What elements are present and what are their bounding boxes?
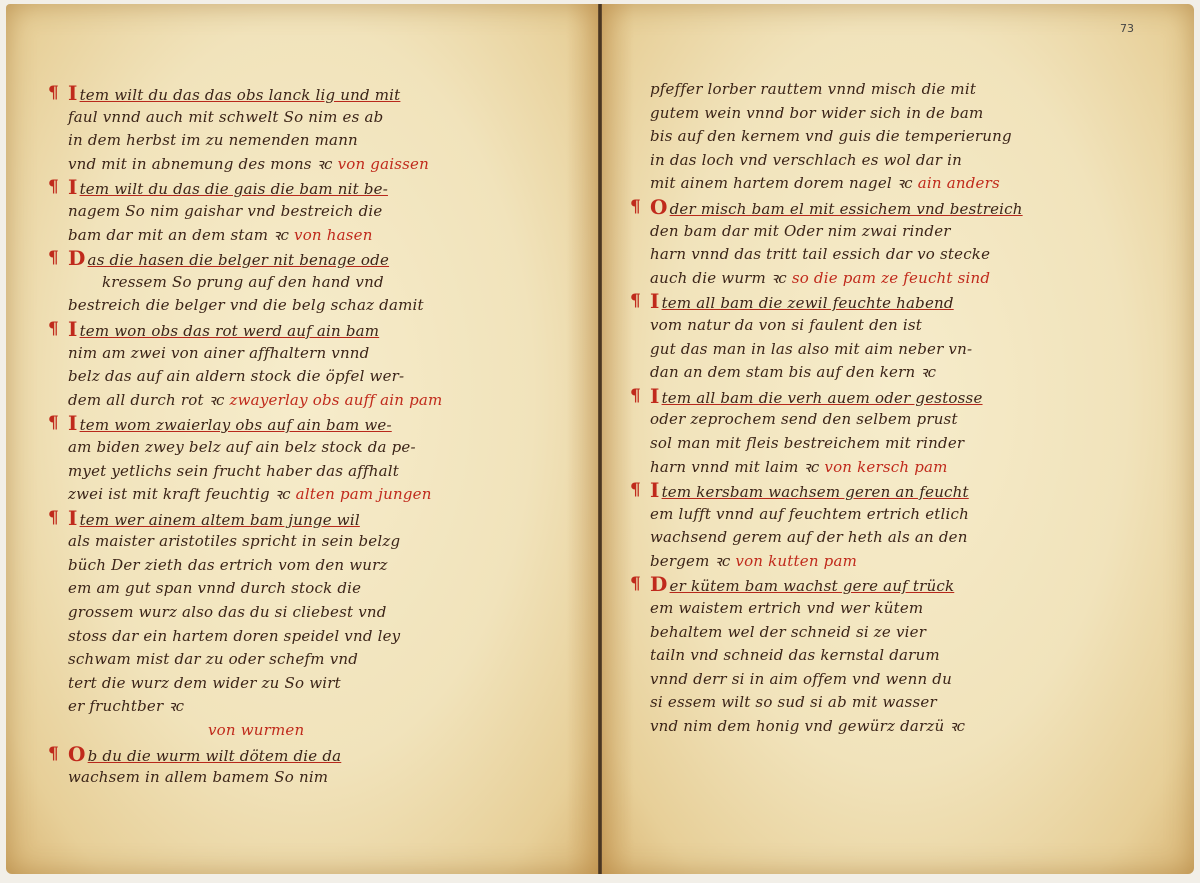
manuscript-line: ¶Item wom zwaierlay obs auf ain bam we- [68, 412, 578, 436]
manuscript-line: nagem So nim gaishar vnd bestreich die [68, 200, 578, 224]
manuscript-line: oder zeprochem send den selbem prust [650, 408, 1150, 432]
manuscript-line: am biden zwey belz auf ain belz stock da… [68, 436, 578, 460]
rubricated-initial: I [68, 411, 78, 435]
manuscript-line: schwam mist dar zu oder schefm vnd [68, 648, 578, 672]
book-gutter [598, 4, 602, 874]
line-text: vnd nim dem honig vnd gewürz darzü ꝛc [650, 717, 965, 735]
line-text: harn vnnd mit laim ꝛc [650, 458, 819, 476]
manuscript-line: tailn vnd schneid das kernstal darum [650, 644, 1150, 668]
rubricated-initial: D [68, 246, 86, 270]
line-text: tem all bam die zewil feuchte habend [662, 294, 954, 312]
rubricated-initial: I [68, 506, 78, 530]
line-text: wachsem in allem bamem So nim [68, 768, 328, 786]
rubricated-initial: O [68, 742, 86, 766]
manuscript-line: vom natur da von si faulent den ist [650, 314, 1150, 338]
rubric-heading: von kersch pam [824, 458, 947, 476]
line-text: nagem So nim gaishar vnd bestreich die [68, 202, 382, 220]
manuscript-line: belz das auf ain aldern stock die öpfel … [68, 365, 578, 389]
rubric-heading: so die pam ze feucht sind [792, 269, 990, 287]
manuscript-line: gutem wein vnnd bor wider sich in de bam [650, 102, 1150, 126]
manuscript-line: em waistem ertrich vnd wer kütem [650, 597, 1150, 621]
manuscript-line: grossem wurz also das du si cliebest vnd [68, 601, 578, 625]
line-text: vnd mit in abnemung des mons ꝛc [68, 155, 333, 173]
manuscript-line: ¶Ob du die wurm wilt dötem die da [68, 743, 578, 767]
pilcrow-mark: ¶ [48, 82, 59, 106]
line-text: bam dar mit an dem stam ꝛc [68, 226, 289, 244]
line-text: em lufft vnnd auf feuchtem ertrich etlic… [650, 505, 969, 523]
manuscript-line: ¶Item kersbam wachsem geren an feucht [650, 479, 1150, 503]
manuscript-line: in das loch vnd verschlach es wol dar in [650, 149, 1150, 173]
line-text: in das loch vnd verschlach es wol dar in [650, 151, 962, 169]
line-text: faul vnnd auch mit schwelt So nim es ab [68, 108, 383, 126]
manuscript-line: vnnd derr si in aim offem vnd wenn du [650, 668, 1150, 692]
rubricated-initial: I [650, 289, 660, 313]
line-text: in dem herbst im zu nemenden mann [68, 131, 358, 149]
line-text: büch Der zieth das ertrich vom den wurz [68, 556, 388, 574]
manuscript-line: stoss dar ein hartem doren speidel vnd l… [68, 625, 578, 649]
manuscript-line: wachsend gerem auf der heth als an den [650, 526, 1150, 550]
rubric-heading: alten pam jungen [296, 485, 432, 503]
line-text: wachsend gerem auf der heth als an den [650, 528, 968, 546]
rubricated-initial: O [650, 195, 668, 219]
line-text: vom natur da von si faulent den ist [650, 316, 922, 334]
rubricated-initial: I [650, 384, 660, 408]
line-text: gut das man in las also mit aim neber vn… [650, 340, 972, 358]
manuscript-line: gut das man in las also mit aim neber vn… [650, 338, 1150, 362]
line-text: am biden zwey belz auf ain belz stock da… [68, 438, 416, 456]
manuscript-line: harn vnnd mit laim ꝛc von kersch pam [650, 456, 1150, 480]
line-text: tem kersbam wachsem geren an feucht [662, 483, 969, 501]
manuscript-line: bestreich die belger vnd die belg schaz … [68, 294, 578, 318]
manuscript-line: ¶Item wer ainem altem bam junge wil [68, 507, 578, 531]
rubricated-initial: I [68, 175, 78, 199]
rubricated-initial: I [68, 81, 78, 105]
right-page: 73 pfeffer lorber rauttem vnnd misch die… [600, 4, 1194, 874]
line-text: tem won obs das rot werd auf ain bam [80, 322, 380, 340]
manuscript-line: zwei ist mit kraft feuchtig ꝛc alten pam… [68, 483, 578, 507]
manuscript-line: bergem ꝛc von kutten pam [650, 550, 1150, 574]
manuscript-line: mit ainem hartem dorem nagel ꝛc ain ande… [650, 172, 1150, 196]
line-text: si essem wilt so sud si ab mit wasser [650, 693, 937, 711]
manuscript-line: dem all durch rot ꝛc zwayerlay obs auff … [68, 389, 578, 413]
manuscript-line: in dem herbst im zu nemenden mann [68, 129, 578, 153]
line-text: harn vnnd das tritt tail essich dar vo s… [650, 245, 990, 263]
line-text: b du die wurm wilt dötem die da [88, 747, 342, 765]
line-text: belz das auf ain aldern stock die öpfel … [68, 367, 404, 385]
line-text: zwei ist mit kraft feuchtig ꝛc [68, 485, 291, 503]
line-text: er fruchtber ꝛc [68, 697, 184, 715]
line-text: als maister aristotiles spricht in sein … [68, 532, 400, 550]
line-text: dan an dem stam bis auf den kern ꝛc [650, 363, 936, 381]
line-text: bis auf den kernem vnd guis die temperie… [650, 127, 1012, 145]
rubric-heading: zwayerlay obs auff ain pam [230, 391, 443, 409]
manuscript-line: als maister aristotiles spricht in sein … [68, 530, 578, 554]
manuscript-line: ¶Item all bam die verh auem oder gestoss… [650, 385, 1150, 409]
line-text: stoss dar ein hartem doren speidel vnd l… [68, 627, 400, 645]
line-text: den bam dar mit Oder nim zwai rinder [650, 222, 951, 240]
manuscript-line: myet yetlichs sein frucht haber das affh… [68, 460, 578, 484]
line-text: sol man mit fleis bestreichem mit rinder [650, 434, 964, 452]
manuscript-line: vnd nim dem honig vnd gewürz darzü ꝛc [650, 715, 1150, 739]
rubricated-initial: I [650, 478, 660, 502]
folio-number: 73 [1120, 22, 1134, 35]
line-text: mit ainem hartem dorem nagel ꝛc [650, 174, 913, 192]
rubric-heading: ain anders [918, 174, 1000, 192]
pilcrow-mark: ¶ [48, 507, 59, 531]
line-text: der misch bam el mit essichem vnd bestre… [670, 200, 1023, 218]
manuscript-line: behaltem wel der schneid si ze vier [650, 621, 1150, 645]
manuscript-line: ¶Item all bam die zewil feuchte habend [650, 290, 1150, 314]
manuscript-line: bis auf den kernem vnd guis die temperie… [650, 125, 1150, 149]
line-text: schwam mist dar zu oder schefm vnd [68, 650, 358, 668]
manuscript-line: bam dar mit an dem stam ꝛc von hasen [68, 224, 578, 248]
manuscript-line: sol man mit fleis bestreichem mit rinder [650, 432, 1150, 456]
manuscript-line: kressem So prung auf den hand vnd [68, 271, 578, 295]
line-text: kressem So prung auf den hand vnd [102, 273, 384, 291]
line-text: em waistem ertrich vnd wer kütem [650, 599, 923, 617]
manuscript-line: faul vnnd auch mit schwelt So nim es ab [68, 106, 578, 130]
line-text: oder zeprochem send den selbem prust [650, 410, 958, 428]
right-text-block: pfeffer lorber rauttem vnnd misch die mi… [650, 78, 1150, 739]
line-text: myet yetlichs sein frucht haber das affh… [68, 462, 399, 480]
line-text: tem wilt du das das obs lanck lig und mi… [80, 86, 401, 104]
rubricated-initial: D [650, 572, 668, 596]
line-text: tem wer ainem altem bam junge wil [80, 511, 360, 529]
line-text: bestreich die belger vnd die belg schaz … [68, 296, 424, 314]
pilcrow-mark: ¶ [48, 247, 59, 271]
manuscript-line: nim am zwei von ainer affhaltern vnnd [68, 342, 578, 366]
manuscript-spread: ¶Item wilt du das das obs lanck lig und … [6, 4, 1194, 876]
pilcrow-mark: ¶ [48, 412, 59, 436]
manuscript-line: em am gut span vnnd durch stock die [68, 577, 578, 601]
left-text-block: ¶Item wilt du das das obs lanck lig und … [68, 82, 578, 790]
pilcrow-mark: ¶ [48, 318, 59, 342]
manuscript-line: ¶Item wilt du das das obs lanck lig und … [68, 82, 578, 106]
line-text: dem all durch rot ꝛc [68, 391, 225, 409]
manuscript-line: dan an dem stam bis auf den kern ꝛc [650, 361, 1150, 385]
line-text: behaltem wel der schneid si ze vier [650, 623, 926, 641]
gutter-shadow-left [566, 4, 598, 874]
manuscript-line: si essem wilt so sud si ab mit wasser [650, 691, 1150, 715]
manuscript-line: auch die wurm ꝛc so die pam ze feucht si… [650, 267, 1150, 291]
manuscript-line: tert die wurz dem wider zu So wirt [68, 672, 578, 696]
manuscript-line: vnd mit in abnemung des mons ꝛc von gais… [68, 153, 578, 177]
manuscript-line: den bam dar mit Oder nim zwai rinder [650, 220, 1150, 244]
line-text: tem wilt du das die gais die bam nit be- [80, 180, 388, 198]
line-text: grossem wurz also das du si cliebest vnd [68, 603, 387, 621]
pilcrow-mark: ¶ [48, 743, 59, 767]
rubric-heading: von gaissen [338, 155, 429, 173]
manuscript-line: von wurmen [68, 719, 578, 743]
line-text: tem all bam die verh auem oder gestosse [662, 389, 983, 407]
rubricated-initial: I [68, 317, 78, 341]
manuscript-line: em lufft vnnd auf feuchtem ertrich etlic… [650, 503, 1150, 527]
manuscript-line: wachsem in allem bamem So nim [68, 766, 578, 790]
manuscript-line: ¶Item won obs das rot werd auf ain bam [68, 318, 578, 342]
manuscript-line: harn vnnd das tritt tail essich dar vo s… [650, 243, 1150, 267]
rubric-heading: von wurmen [208, 721, 304, 739]
line-text: tem wom zwaierlay obs auf ain bam we- [80, 416, 392, 434]
manuscript-line: ¶Der kütem bam wachst gere auf trück [650, 573, 1150, 597]
rubric-heading: von kutten pam [735, 552, 857, 570]
line-text: er kütem bam wachst gere auf trück [670, 577, 955, 595]
manuscript-line: er fruchtber ꝛc [68, 695, 578, 719]
line-text: gutem wein vnnd bor wider sich in de bam [650, 104, 983, 122]
line-text: em am gut span vnnd durch stock die [68, 579, 361, 597]
rubric-heading: von hasen [294, 226, 373, 244]
manuscript-line: büch Der zieth das ertrich vom den wurz [68, 554, 578, 578]
line-text: tailn vnd schneid das kernstal darum [650, 646, 940, 664]
line-text: vnnd derr si in aim offem vnd wenn du [650, 670, 952, 688]
manuscript-line: ¶Oder misch bam el mit essichem vnd best… [650, 196, 1150, 220]
line-text: tert die wurz dem wider zu So wirt [68, 674, 341, 692]
line-text: bergem ꝛc [650, 552, 730, 570]
line-text: as die hasen die belger nit benage ode [88, 251, 390, 269]
line-text: nim am zwei von ainer affhaltern vnnd [68, 344, 369, 362]
manuscript-line: ¶Item wilt du das die gais die bam nit b… [68, 176, 578, 200]
line-text: pfeffer lorber rauttem vnnd misch die mi… [650, 80, 976, 98]
pilcrow-mark: ¶ [48, 176, 59, 200]
manuscript-line: pfeffer lorber rauttem vnnd misch die mi… [650, 78, 1150, 102]
left-page: ¶Item wilt du das das obs lanck lig und … [6, 4, 600, 874]
manuscript-line: ¶Das die hasen die belger nit benage ode [68, 247, 578, 271]
line-text: auch die wurm ꝛc [650, 269, 787, 287]
gutter-shadow-right [602, 4, 634, 874]
